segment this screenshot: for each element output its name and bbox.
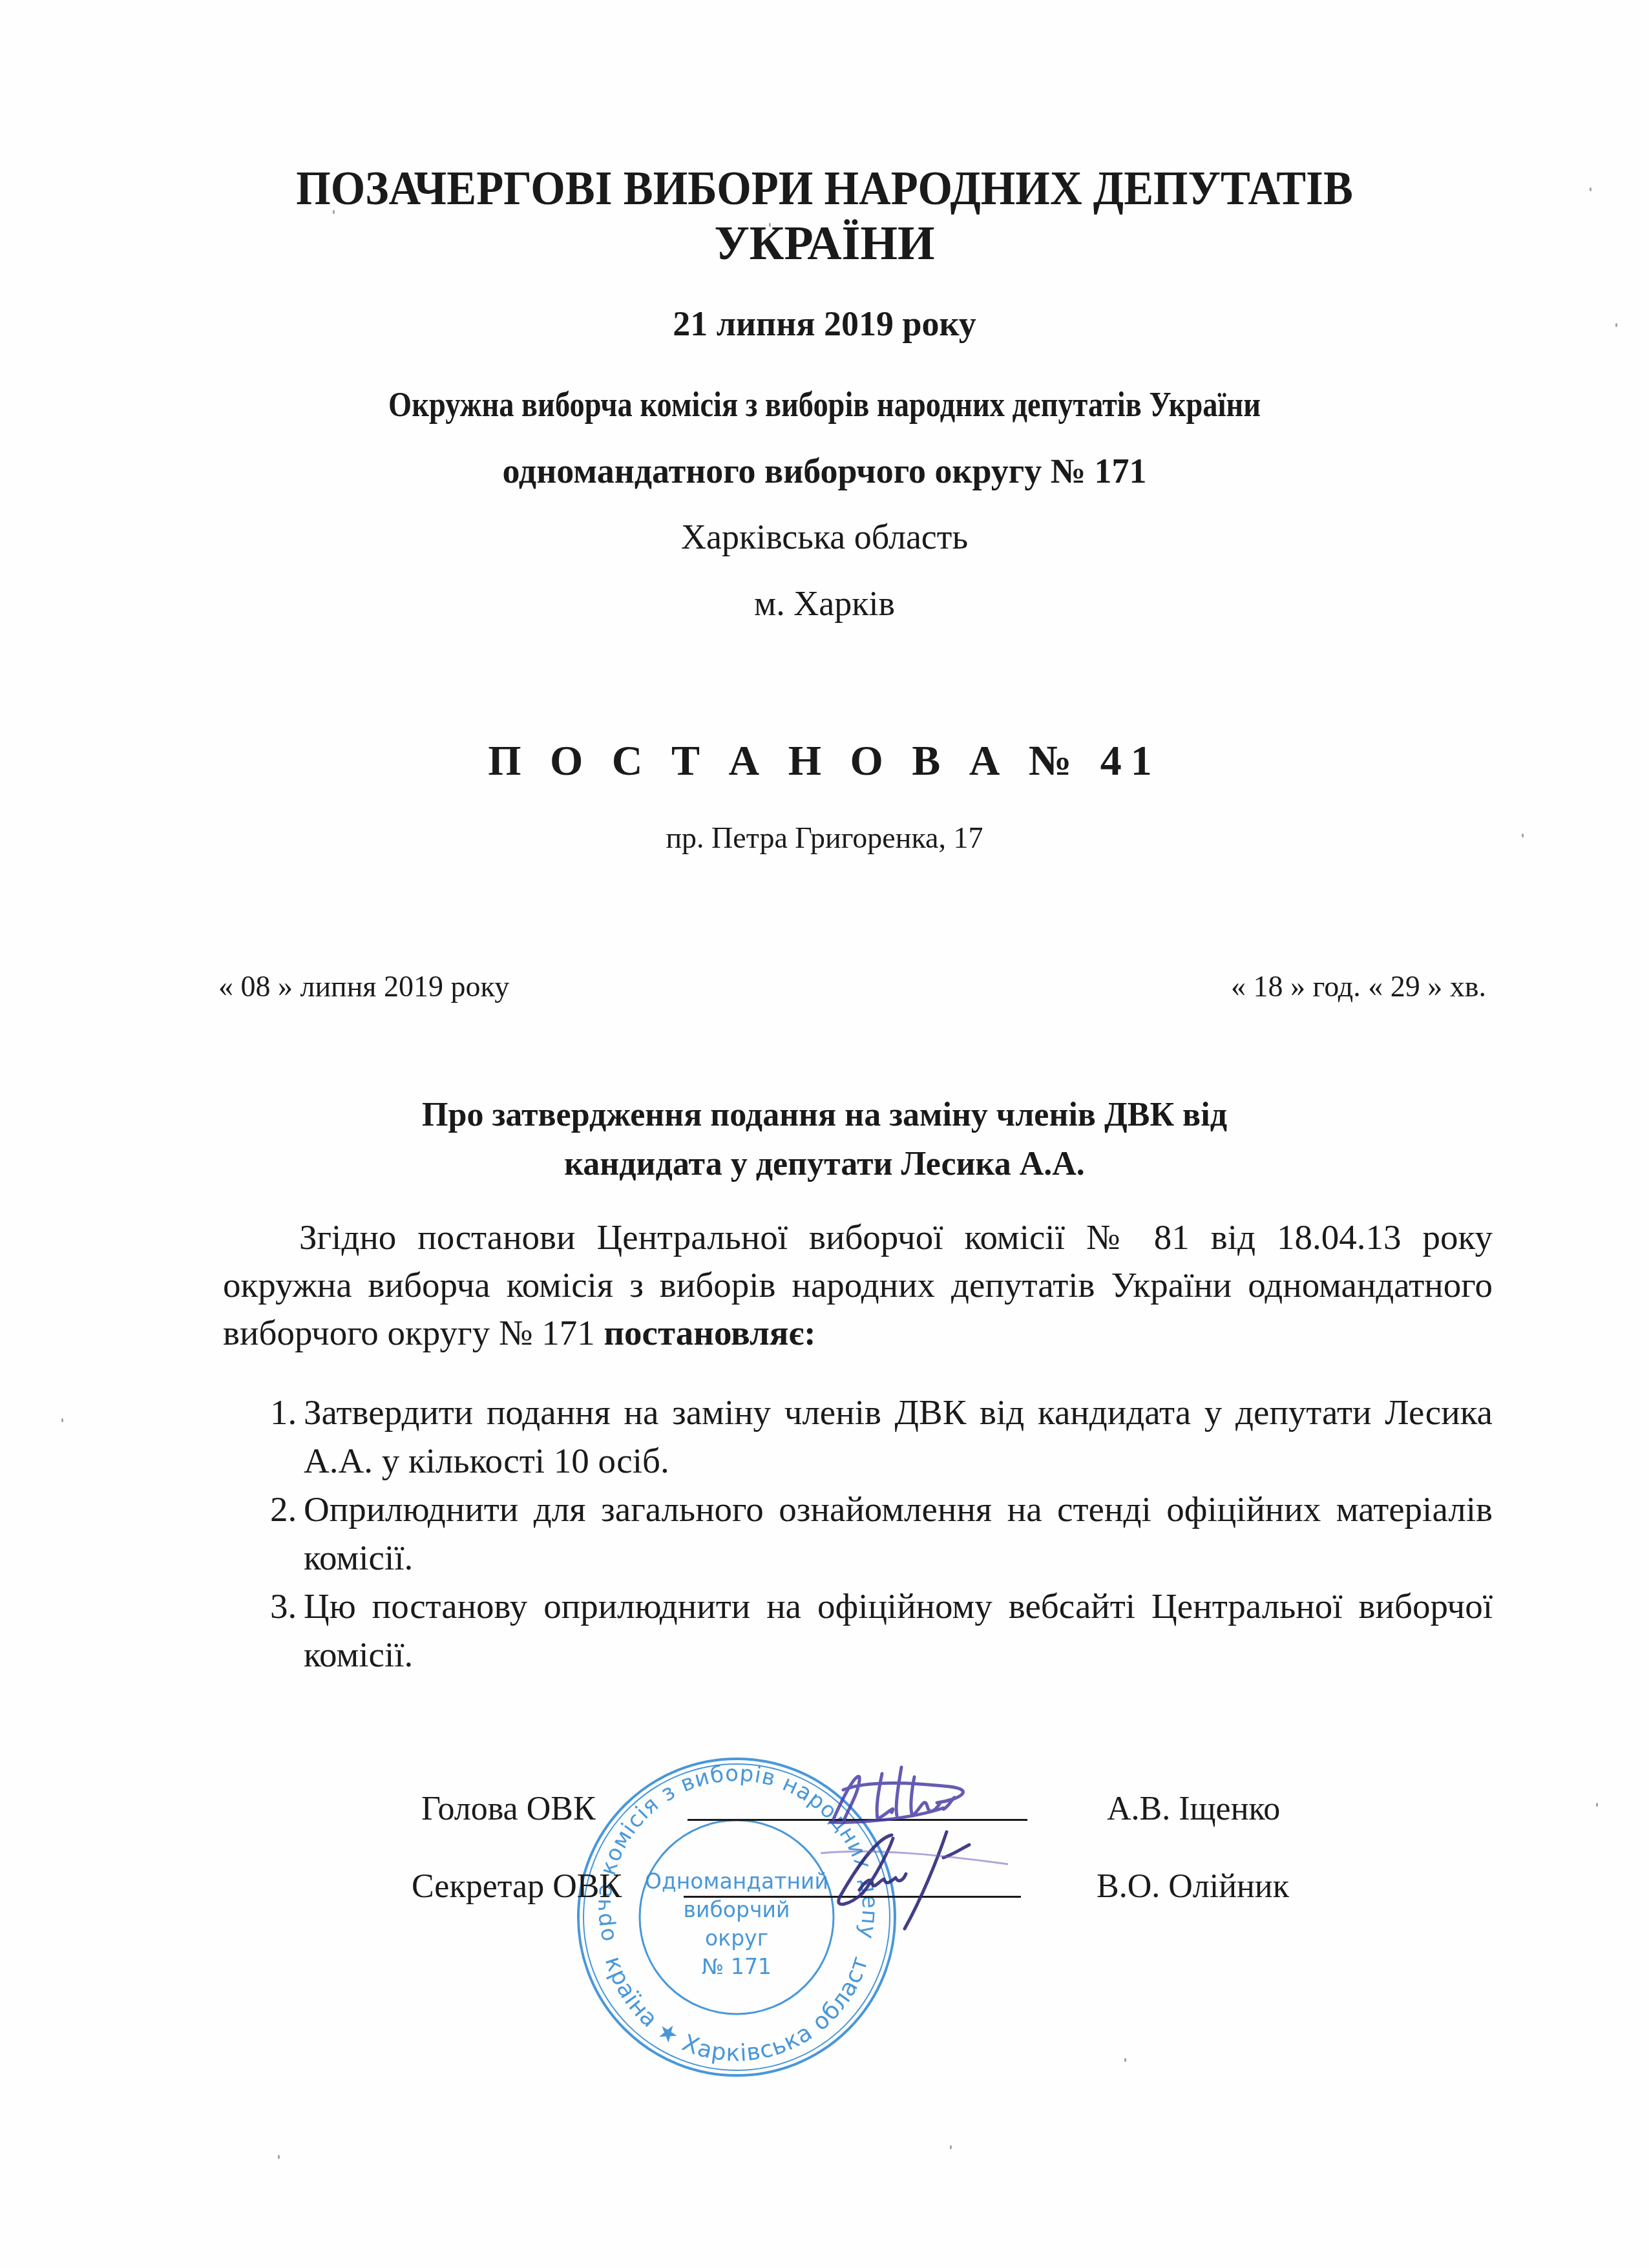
- chair-role: Голова ОВК: [421, 1790, 596, 1828]
- preamble-text: Згідно постанови Центральної виборчої ко…: [223, 1217, 1493, 1352]
- resolution-text: Затвердити подання на заміну членів ДВК …: [304, 1392, 1493, 1480]
- election-date: 21 липня 2019 року: [0, 304, 1649, 344]
- document-page: ПОЗАЧЕРГОВІ ВИБОРИ НАРОДНИХ ДЕПУТАТІВ УК…: [0, 0, 1649, 2268]
- scan-speck: [769, 223, 771, 227]
- scan-speck: [278, 2155, 280, 2159]
- secretary-role: Секретар ОВК: [412, 1867, 622, 1906]
- scan-speck: [1596, 1803, 1598, 1807]
- resolution-item: 3. Цю постанову оприлюднити на офіційном…: [270, 1582, 1493, 1679]
- decree-date: « 08 » липня 2019 року: [218, 969, 509, 1003]
- committee-district: одномандатного виборчого округу № 171: [0, 451, 1649, 491]
- resolution-number: 1.: [270, 1388, 297, 1436]
- resolutions-list: 1. Затвердити подання на заміну членів Д…: [270, 1388, 1493, 1679]
- scan-speck: [1124, 2058, 1126, 2062]
- resolution-text: Оприлюднити для загального ознайомлення …: [304, 1489, 1493, 1577]
- election-title: ПОЗАЧЕРГОВІ ВИБОРИ НАРОДНИХ ДЕПУТАТІВ: [58, 162, 1591, 216]
- subject-line-2: кандидата у депутати Лесика А.А.: [0, 1140, 1649, 1189]
- stamp-center-line-1: Одномандатний: [645, 1869, 828, 1894]
- scan-speck: [61, 1418, 63, 1422]
- preamble-paragraph: Згідно постанови Центральної виборчої ко…: [223, 1213, 1493, 1357]
- decree-address: пр. Петра Григоренка, 17: [0, 821, 1649, 855]
- chair-signature-icon: [821, 1751, 1066, 1932]
- secretary-name: В.О. Олійник: [1097, 1867, 1289, 1906]
- stamp-center-line-2: виборчий: [684, 1897, 790, 1922]
- resolution-number: 2.: [270, 1485, 297, 1533]
- stamp-center-line-4: № 171: [702, 1954, 772, 1979]
- resolution-number: 3.: [270, 1582, 297, 1630]
- scan-speck: [1522, 834, 1524, 837]
- scan-speck: [950, 2145, 952, 2149]
- resolution-text: Цю постанову оприлюднити на офіційному в…: [304, 1586, 1493, 1674]
- scan-speck: [1615, 323, 1617, 327]
- scan-speck: [333, 210, 335, 214]
- subject-line-1: Про затвердження подання на заміну члені…: [0, 1091, 1649, 1140]
- chair-name: А.В. Іщенко: [1107, 1790, 1280, 1828]
- decree-subject: Про затвердження подання на заміну члені…: [0, 1091, 1649, 1189]
- city: м. Харків: [0, 583, 1649, 624]
- stamp-center-line-3: округ: [705, 1926, 768, 1951]
- decree-time: « 18 » год. « 29 » хв.: [1231, 969, 1486, 1003]
- region: Харківська область: [0, 517, 1649, 557]
- resolution-item: 2. Оприлюднити для загального ознайомлен…: [270, 1485, 1493, 1582]
- election-title-country: УКРАЇНИ: [0, 216, 1649, 271]
- committee-name: Окружна виборча комісія з виборів народн…: [116, 384, 1534, 425]
- preamble-resolves: постановляє:: [604, 1313, 815, 1352]
- scan-speck: [1590, 187, 1591, 191]
- decree-title: П О С Т А Н О В А № 41: [0, 737, 1649, 786]
- resolution-item: 1. Затвердити подання на заміну членів Д…: [270, 1388, 1493, 1485]
